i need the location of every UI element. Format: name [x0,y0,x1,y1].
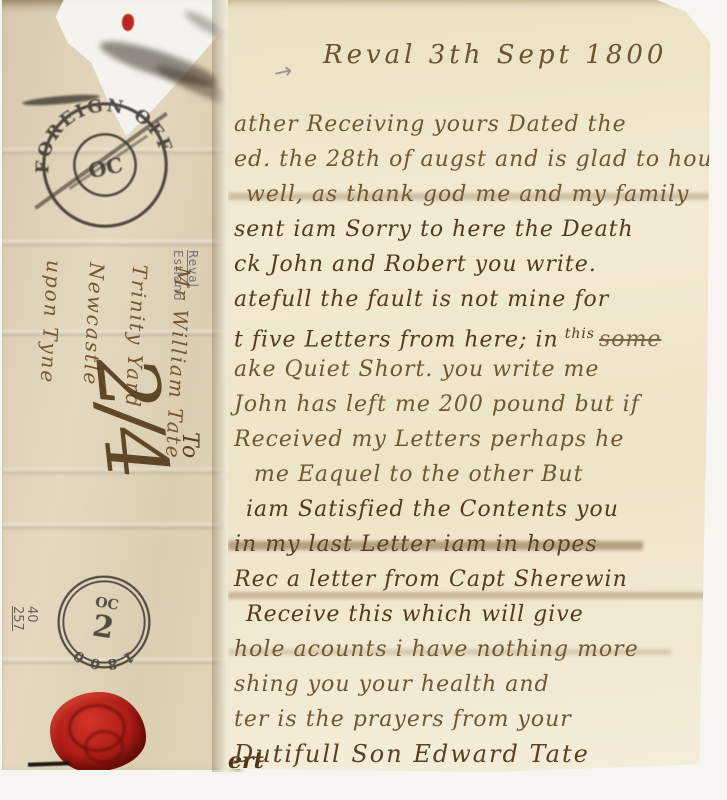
letter-line: me Eaquel to the other But [254,457,710,492]
letter-line: ather Receiving yours Dated the [234,107,710,142]
folded-cover-panel: FOREIGN OFFICE OC Reval Estland Mr Willi… [2,0,240,770]
letter-line: iam Satisfied the Contents you [246,492,710,527]
struck-word: some [599,327,661,352]
pencil-arrow-annotation: → [272,58,295,86]
letter-photograph: FOREIGN OFFICE OC Reval Estland Mr Willi… [0,0,727,800]
date-postmark-icon: 1800 OC 2 [45,563,164,682]
pencil-code-line: 257 [10,606,24,631]
letter-line-text: t five Letters from here; in [234,327,559,352]
letter-line: ake Quiet Short. you write me [234,352,710,387]
fold-smear [228,649,671,655]
letter-line: sent iam Sorry to here the Death [234,212,710,247]
paper-crease [2,523,240,529]
letter-line: t five Letters from here; inthissome [234,317,710,352]
letter-line: atefull the fault is not mine for [234,282,710,317]
inserted-word: this [565,326,595,342]
letter-dateline: Reval 3th Sept 1800 [323,40,667,70]
ink-mark [28,761,70,766]
letter-line: ed. the 28th of augst and is glad to hou [234,142,710,177]
foreign-office-postmark-icon: FOREIGN OFFICE OC [11,71,198,258]
letter-body: ather Receiving yours Dated the ed. the … [234,107,710,772]
postal-rate-mark: 2/4 [77,352,187,479]
fold-smear [228,193,710,200]
wax-seal [50,692,146,770]
letter-line: Received my Letters perhaps he [234,422,710,457]
letter-line: shing you your health and [234,667,710,702]
letter-line: Receive this which will give [246,597,710,632]
letter-page-panel: → Reval 3th Sept 1800 ather Receiving yo… [228,0,710,772]
datestamp-day: 2 [90,609,116,647]
letter-line: John has left me 200 pound but if [234,387,710,422]
pencil-code: 40 257 [10,606,38,631]
wax-seal-impression [84,730,124,764]
pencil-code-line: 40 [24,606,38,631]
fold-smear [228,592,710,599]
letter-line: ter is the prayers from your [234,702,710,737]
letter-line: ck John and Robert you write. [234,247,710,282]
strike-smear [228,541,643,550]
signature-line: Dutifull Son Edward Tate [234,737,710,772]
